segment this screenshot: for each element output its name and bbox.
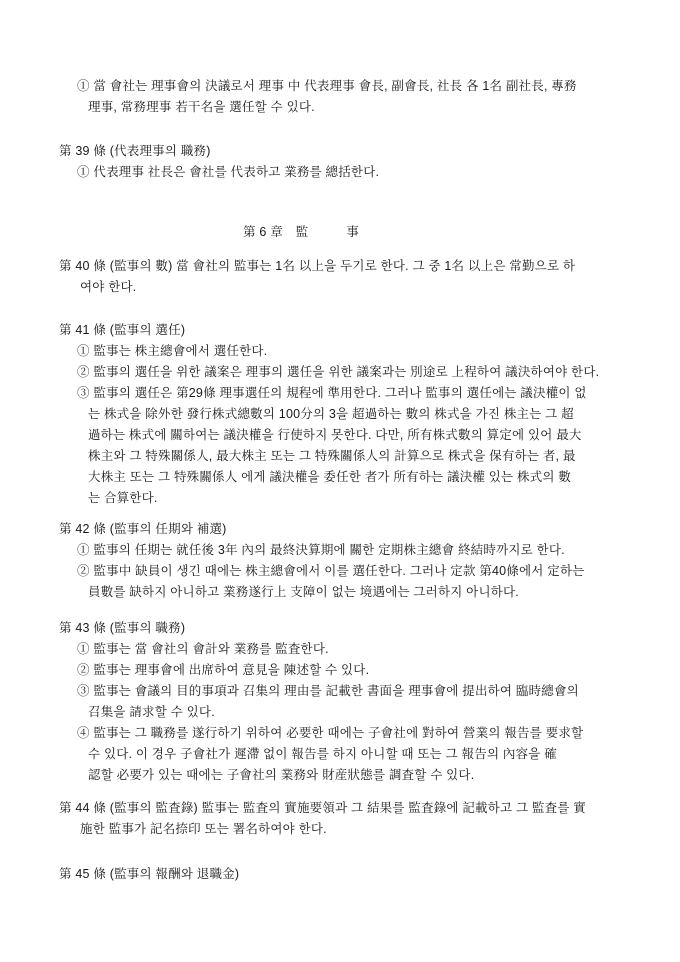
text-line: 第 42 條 (監事의 任期와 補選) [0,521,227,538]
text-line: 員數를 缺하지 아니하고 業務遂行上 支障이 없는 境遇에는 그러하지 아니하다… [0,584,519,601]
text-line: 는 株式을 除外한 發行株式總數의 100分의 3을 超過하는 數의 株式을 가… [0,406,574,423]
text-line: ① 監事는 株主總會에서 選任한다. [0,343,267,360]
text-line: 第 41 條 (監事의 選任) [0,322,185,339]
text-line: ③ 監事의 選任은 第29條 理事選任의 規程에 準用한다. 그러나 監事의 選… [0,385,587,402]
text-line: 施한 監事가 記名捺印 또는 署名하여야 한다. [0,821,327,838]
text-line: 大株主 또는 그 特殊關係人 에게 議決權을 委任한 者가 所有하는 議決權 있… [0,469,571,486]
text-line: 召集을 請求할 수 있다. [0,704,215,721]
text-line: ① 代表理事 社長은 會社를 代表하고 業務를 總括한다. [0,164,379,181]
text-line: ② 監事의 選任을 위한 議案은 理事의 選任을 위한 議案과는 別途로 上程하… [0,364,599,381]
text-line: 第 43 條 (監事의 職務) [0,620,185,637]
text-line: ② 監事는 理事會에 出席하여 意見을 陳述할 수 있다. [0,662,369,679]
text-line: ④ 監事는 그 職務를 遂行하기 위하여 必要한 때에는 子會社에 對하여 營業… [0,725,583,742]
text-line: ① 監事는 當 會社의 會計와 業務를 監査한다. [0,641,329,658]
document-page: ① 當 會社는 理事會의 決議로서 理事 中 代表理事 會長, 副會長, 社長 … [0,0,680,962]
text-line: ① 監事의 任期는 就任後 3年 內의 最終決算期에 關한 定期株主總會 終結時… [0,542,565,559]
text-line: 수 있다. 이 경우 子會社가 遲滯 없이 報告를 하지 아니할 때 또는 그 … [0,746,557,763]
text-line: 株主와 그 特殊關係人, 最大株主 또는 그 特殊關係人의 計算으로 株式을 保… [0,448,576,465]
text-line: 認할 必要가 있는 때에는 子會社의 業務와 財産狀態를 調査할 수 있다. [0,767,474,784]
text-line: 過하는 株式에 關하여는 議決權을 行使하지 못한다. 다만, 所有株式數의 算… [0,427,582,444]
text-line: 第 40 條 (監事의 數) 當 會社의 監事는 1名 以上을 두기로 한다. … [0,258,575,275]
text-line: 第 44 條 (監事의 監査錄) 監事는 監査의 實施要領과 그 結果를 監査錄… [0,800,586,817]
text-line: ② 監事中 缺員이 생긴 때에는 株主總會에서 이를 選任한다. 그러나 定款 … [0,563,585,580]
text-line: 理事, 常務理事 若干名을 選任할 수 있다. [0,99,315,116]
text-line: ③ 監事는 會議의 目的事項과 召集의 理由를 記載한 書面을 理事會에 提出하… [0,683,579,700]
text-line: 第 39 條 (代表理事의 職務) [0,143,211,160]
text-line: ① 當 會社는 理事會의 決議로서 理事 中 代表理事 會長, 副會長, 社長 … [0,78,577,95]
text-line: 여야 한다. [0,279,136,296]
text-line: 第 6 章 監 事 [0,224,359,241]
text-line: 는 合算한다. [0,490,158,507]
text-line: 第 45 條 (監事의 報酬와 退職金) [0,866,239,883]
